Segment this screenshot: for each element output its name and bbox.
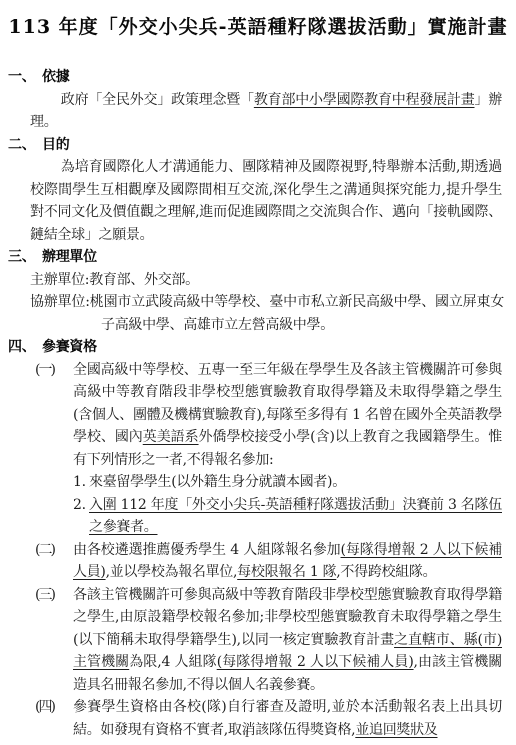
section-2-title: 目的 <box>42 134 69 157</box>
document-body: 一、 依據 政府「全民外交」政策理念暨「教育部中小學國際教育中程發展計畫」辦理。… <box>0 66 516 741</box>
text-segment: 由各校遴選推薦優秀學生 4 人組隊報名參加 <box>73 542 341 558</box>
page-number: 1 <box>0 729 494 741</box>
section-1-paragraph: 政府「全民外交」政策理念暨「教育部中小學國際教育中程發展計畫」辦理。 <box>30 89 502 134</box>
organizer-value: 教育部、外交部。 <box>89 272 199 288</box>
eligibility-subitem-2: 2. 入圍 112 年度「外交小尖兵-英語種籽隊選拔活動」決賽前 3 名隊伍之參… <box>73 494 502 539</box>
eligibility-subitem-1: 1. 來臺留學學生(以外籍生身分就讀本國者)。 <box>73 471 502 494</box>
co-organizer-value: 桃園市立武陵高級中等學校、臺中市私立新民高級中學、國立屏東女子高級中學、高雄市立… <box>90 294 504 333</box>
eligibility-item-3-label: (三) <box>35 584 73 697</box>
section-1-heading: 一、 依據 <box>0 66 516 89</box>
document-page: 113 年度「外交小尖兵-英語種籽隊選拔活動」實施計畫 一、 依據 政府「全民外… <box>0 0 516 745</box>
section-4-heading: 四、 參賽資格 <box>0 336 516 359</box>
section-3-heading: 三、 辦理單位 <box>0 246 516 269</box>
underlined-text: 英美語系 <box>143 429 199 445</box>
eligibility-item-1: (一) 全國高級中等學校、五專一至三年級在學學生及各該主管機關許可參與高級中等教… <box>8 359 502 539</box>
text-segment: ,不得跨校組隊。 <box>336 564 436 580</box>
text-segment: ,並以學校為報名單位, <box>106 564 238 580</box>
eligibility-item-3: (三) 各該主管機關許可參與高級中等教育階段非學校型態實驗教育取得學籍之學生,由… <box>8 584 502 697</box>
eligibility-subitem-1-number: 1. <box>73 471 89 494</box>
co-organizer-label: 協辦單位: <box>30 294 90 310</box>
organizer-label: 主辦單位: <box>30 272 89 288</box>
text-segment: 為培育國際化人才溝通能力、團隊精神及國際視野,特舉辦本活動,期透過校際間學生互相… <box>30 159 502 243</box>
underlined-text: 教育部中小學國際教育中程發展計畫 <box>254 92 475 108</box>
section-4-title: 參賽資格 <box>42 336 97 359</box>
section-3-title: 辦理單位 <box>42 246 97 269</box>
organizer-line: 主辦單位:教育部、外交部。 <box>30 269 504 292</box>
text-segment: 為限,4 人組隊 <box>129 654 217 670</box>
eligibility-subitem-2-text: 入圍 112 年度「外交小尖兵-英語種籽隊選拔活動」決賽前 3 名隊伍之參賽者。 <box>89 494 502 539</box>
underlined-text: 入圍 112 年度「外交小尖兵-英語種籽隊選拔活動」決賽前 3 名隊伍之參賽者。 <box>89 497 502 536</box>
eligibility-item-1-body: 全國高級中等學校、五專一至三年級在學學生及各該主管機關許可參與高級中等教育階段非… <box>73 359 502 539</box>
eligibility-item-2-label: (二) <box>35 539 73 584</box>
underlined-text: 每校限報名 1 隊 <box>237 564 336 580</box>
eligibility-item-3-body: 各該主管機關許可參與高級中等教育階段非學校型態實驗教育取得學籍之學生,由原設籍學… <box>73 584 502 697</box>
eligibility-item-2-body: 由各校遴選推薦優秀學生 4 人組隊報名參加(每隊得增報 2 人以下候補人員),並… <box>73 539 502 584</box>
section-2-number: 二、 <box>8 134 42 157</box>
eligibility-item-1-label: (一) <box>35 359 73 539</box>
text-segment: 政府「全民外交」政策理念暨「 <box>61 92 254 108</box>
eligibility-item-1-text: 全國高級中等學校、五專一至三年級在學學生及各該主管機關許可參與高級中等教育階段非… <box>73 359 502 472</box>
section-2-paragraph: 為培育國際化人才溝通能力、團隊精神及國際視野,特舉辦本活動,期透過校際間學生互相… <box>30 156 502 246</box>
co-organizer-line: 協辦單位:桃園市立武陵高級中等學校、臺中市私立新民高級中學、國立屏東女子高級中學… <box>30 291 504 336</box>
eligibility-item-2: (二) 由各校遴選推薦優秀學生 4 人組隊報名參加(每隊得增報 2 人以下候補人… <box>8 539 502 584</box>
eligibility-subitem-2-number: 2. <box>73 494 89 539</box>
text-segment: 來臺留學學生(以外籍生身分就讀本國者)。 <box>89 474 346 490</box>
section-1-number: 一、 <box>8 66 42 89</box>
eligibility-item-2-text: 由各校遴選推薦優秀學生 4 人組隊報名參加(每隊得增報 2 人以下候補人員),並… <box>73 539 502 584</box>
section-1-title: 依據 <box>42 66 69 89</box>
page-title: 113 年度「外交小尖兵-英語種籽隊選拔活動」實施計畫 <box>0 0 516 39</box>
section-4-number: 四、 <box>8 336 42 359</box>
section-2-heading: 二、 目的 <box>0 134 516 157</box>
eligibility-subitem-1-text: 來臺留學學生(以外籍生身分就讀本國者)。 <box>89 471 502 494</box>
eligibility-item-3-text: 各該主管機關許可參與高級中等教育階段非學校型態實驗教育取得學籍之學生,由原設籍學… <box>73 584 502 697</box>
underlined-text: (每隊得增報 2 人以下候補人員) <box>217 654 414 670</box>
section-3-number: 三、 <box>8 246 42 269</box>
